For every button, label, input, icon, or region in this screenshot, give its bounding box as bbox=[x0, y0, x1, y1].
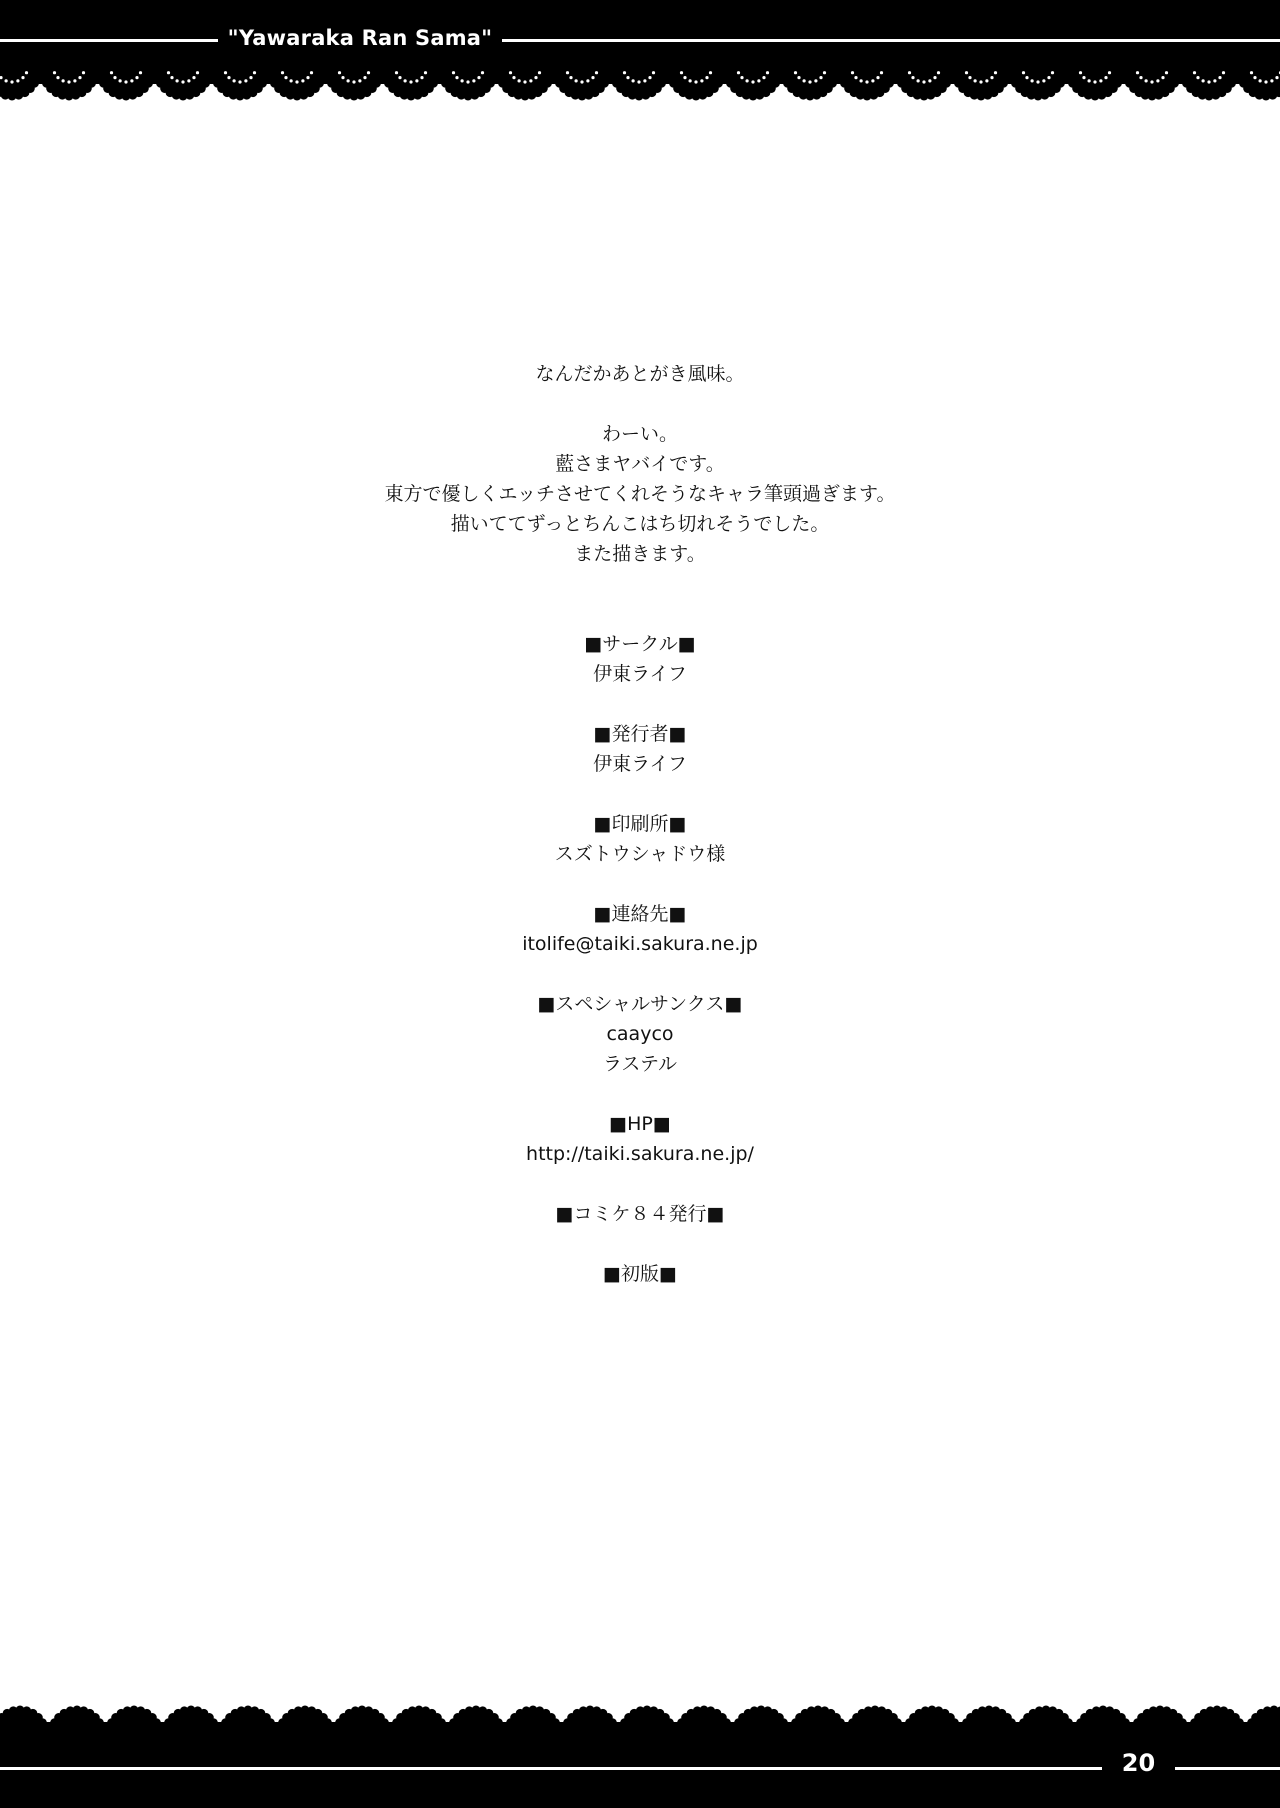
header-rule-left bbox=[0, 39, 218, 42]
credit-label-edition: ■初版■ bbox=[0, 1259, 1280, 1289]
credit-label-special-thanks: ■スペシャルサンクス■ bbox=[0, 989, 1280, 1019]
credits-block: ■サークル■ 伊東ライフ ■発行者■ 伊東ライフ ■印刷所■ スズトウシャドウ様… bbox=[0, 629, 1280, 1289]
credit-label-circle: ■サークル■ bbox=[0, 629, 1280, 659]
afterword-content: なんだかあとがき風味。 わーい。 藍さまヤバイです。 東方で優しくエッチさせてく… bbox=[0, 359, 1280, 1289]
credit-label-homepage: ■HP■ bbox=[0, 1109, 1280, 1139]
header-rule-right bbox=[502, 39, 1280, 42]
credit-value-special-thanks: ラステル bbox=[0, 1049, 1280, 1079]
page-number: 20 bbox=[1102, 1748, 1175, 1778]
credit-value-homepage-url: http://taiki.sakura.ne.jp/ bbox=[0, 1139, 1280, 1169]
credit-value-contact-email: itolife@taiki.sakura.ne.jp bbox=[0, 929, 1280, 959]
afterword-line: また描きます。 bbox=[0, 539, 1280, 569]
credit-value-printer: スズトウシャドウ様 bbox=[0, 839, 1280, 869]
afterword-line: 東方で優しくエッチさせてくれそうなキャラ筆頭過ぎます。 bbox=[0, 479, 1280, 509]
credit-label-publisher: ■発行者■ bbox=[0, 719, 1280, 749]
credit-value-publisher: 伊東ライフ bbox=[0, 749, 1280, 779]
afterword-heading: なんだかあとがき風味。 bbox=[0, 359, 1280, 389]
footer-rule-right bbox=[1175, 1767, 1280, 1770]
header-scallop-border bbox=[0, 60, 1280, 102]
credit-label-event: ■コミケ８４発行■ bbox=[0, 1199, 1280, 1229]
footer-band bbox=[0, 1722, 1280, 1808]
credit-label-printer: ■印刷所■ bbox=[0, 809, 1280, 839]
page-title: "Yawaraka Ran Sama" bbox=[218, 24, 502, 52]
credit-label-contact: ■連絡先■ bbox=[0, 899, 1280, 929]
afterword-line: 藍さまヤバイです。 bbox=[0, 449, 1280, 479]
credit-value-circle: 伊東ライフ bbox=[0, 659, 1280, 689]
footer-rule-left bbox=[0, 1767, 1102, 1770]
afterword-line: わーい。 bbox=[0, 419, 1280, 449]
credit-value-special-thanks: caayco bbox=[0, 1019, 1280, 1049]
afterword-line: 描いててずっとちんこはち切れそうでした。 bbox=[0, 509, 1280, 539]
